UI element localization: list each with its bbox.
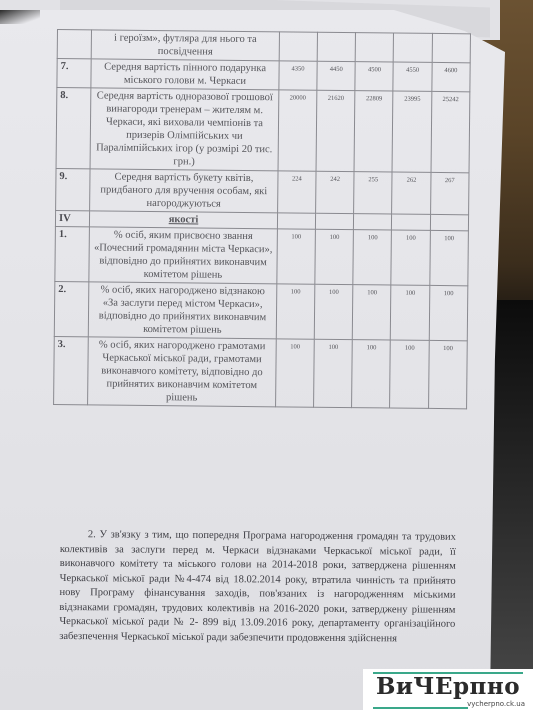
empty-cell [430, 214, 468, 230]
logo-underline [373, 707, 468, 709]
logo-name: ВиЧЕрпно [376, 674, 520, 700]
table-row: 7.Середня вартість пінного подарунка міс… [57, 59, 470, 92]
row-value: 100 [314, 339, 353, 407]
row-value: 100 [353, 230, 392, 285]
document-paragraph: 2. У зв'язку з тим, що попередня Програм… [59, 528, 456, 647]
row-value: 100 [391, 230, 430, 285]
empty-cell [315, 213, 353, 229]
row-value: 4500 [355, 62, 394, 91]
table-row: 1.% осіб, яким присвоєно звання «Почесни… [55, 226, 469, 285]
row-value: 4550 [393, 62, 432, 91]
row-value: 23995 [393, 91, 432, 172]
empty-cell [354, 214, 392, 230]
row-description: % осіб, яких нагороджено відзнакою «За з… [88, 282, 276, 339]
row-number [57, 30, 91, 59]
row-description: Середня вартість пінного подарунка міськ… [91, 59, 279, 90]
row-value: 4450 [317, 61, 356, 90]
row-description: % осіб, яких нагороджено грамотами Черка… [88, 337, 276, 407]
row-value: 4600 [432, 62, 471, 91]
row-value: 22809 [354, 91, 393, 172]
indicators-table: і героїзм», футляра для нього та посвідч… [53, 29, 471, 409]
empty-cell [277, 213, 315, 229]
row-value: 20000 [278, 90, 317, 171]
row-description: Середня вартість букету квітів, придбано… [90, 169, 278, 213]
row-value: 100 [429, 285, 468, 340]
row-value: 100 [275, 339, 314, 407]
row-description: і героїзм», футляра для нього та посвідч… [91, 30, 279, 61]
row-number: 1. [55, 226, 90, 281]
row-value: 100 [353, 285, 392, 340]
paragraph-text: 2. У зв'язку з тим, що попередня Програм… [59, 528, 456, 647]
section-title: якості [90, 211, 278, 229]
row-value: 267 [430, 172, 469, 214]
row-value [317, 32, 356, 61]
row-value: 25242 [431, 91, 470, 172]
row-description: Середня вартість одноразової грошової ви… [90, 88, 278, 171]
row-value: 100 [277, 229, 316, 284]
table-row: 8.Середня вартість одноразової грошової … [56, 88, 470, 173]
row-value: 21620 [316, 90, 355, 171]
table-row: 3.% осіб, яких нагороджено грамотами Чер… [54, 336, 468, 408]
row-value: 100 [428, 340, 467, 408]
table-row: 9.Середня вартість букету квітів, придба… [56, 168, 469, 214]
section-number: IV [55, 210, 89, 226]
row-value: 4350 [279, 61, 318, 90]
row-number: 7. [57, 59, 91, 88]
row-number: 9. [56, 168, 91, 210]
row-value: 100 [390, 340, 429, 408]
row-number: 3. [54, 336, 89, 404]
row-value: 100 [391, 285, 430, 340]
row-value: 224 [277, 171, 316, 213]
row-number: 8. [56, 88, 91, 169]
table-row: і героїзм», футляра для нього та посвідч… [57, 30, 470, 63]
logo-url: vycherpno.ck.ua [467, 700, 525, 708]
watermark-logo: ВиЧЕрпно vycherpno.ck.ua [363, 669, 533, 710]
row-value: 100 [352, 340, 391, 408]
row-number: 2. [54, 281, 89, 336]
row-value: 242 [316, 171, 355, 213]
row-value: 262 [392, 172, 431, 214]
row-value [355, 33, 394, 62]
row-value: 100 [276, 284, 315, 339]
corner-shadow [0, 10, 40, 24]
row-description: % осіб, яким присвоєно звання «Почесний … [89, 227, 277, 284]
row-value: 100 [430, 230, 469, 285]
row-value: 255 [354, 172, 393, 214]
row-value: 100 [314, 284, 353, 339]
row-value [394, 33, 433, 62]
row-value [432, 33, 471, 62]
empty-cell [392, 214, 430, 230]
row-value [279, 32, 318, 61]
table-row: 2.% осіб, яких нагороджено відзнакою «За… [54, 281, 468, 340]
row-value: 100 [315, 229, 354, 284]
